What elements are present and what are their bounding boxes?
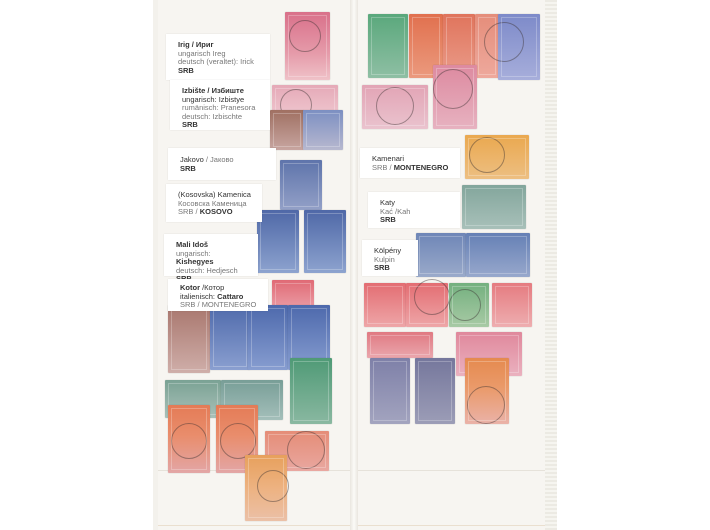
postmark [469, 137, 505, 173]
stamp[interactable] [168, 305, 210, 373]
stamp[interactable] [462, 185, 526, 229]
stamp[interactable] [304, 210, 346, 273]
location-label-kamenica: (Kosovska) Kamenica Косовска Каменица SR… [166, 184, 262, 222]
label-country: SRB [180, 165, 268, 174]
stamp[interactable] [168, 405, 210, 473]
label-country: SRB [380, 216, 452, 225]
stamp[interactable] [270, 110, 304, 150]
postmark [484, 22, 524, 62]
stamp[interactable] [465, 135, 529, 179]
column-divider [350, 0, 358, 530]
stamp[interactable] [416, 233, 466, 277]
stamp[interactable] [290, 358, 332, 424]
label-country: SRB / MONTENEGRO [372, 164, 452, 173]
label-country: SRB / MONTENEGRO [180, 301, 260, 310]
postmark [287, 431, 325, 469]
location-label-katy: Katy Kać /Kah SRB [368, 192, 460, 228]
location-label-mali-idos: Mali Idoš ungarisch: Kishegyes deutsch: … [164, 234, 258, 276]
page-edge-strip [545, 0, 557, 530]
stamp[interactable] [466, 233, 530, 277]
stamp[interactable] [362, 85, 428, 129]
stamp[interactable] [210, 305, 250, 370]
stamp[interactable] [303, 110, 343, 150]
location-label-jakovo: Jakovo / Јаково SRB [168, 148, 276, 180]
stamp[interactable] [449, 283, 489, 327]
label-prefix: (Kosovska) [178, 190, 216, 199]
label-name: MONTENEGRO [202, 300, 257, 309]
postmark [414, 279, 450, 315]
stamp[interactable] [465, 358, 509, 424]
label-country: SRB [374, 264, 410, 273]
stamp[interactable] [406, 283, 448, 327]
postmark [376, 87, 414, 125]
label-name: Kishegyes [176, 257, 214, 266]
label-name: KOSOVO [200, 207, 233, 216]
stamp[interactable] [367, 332, 433, 358]
stamp[interactable] [498, 14, 540, 80]
stamp[interactable] [433, 65, 477, 129]
location-label-kamenari: Kamenari SRB / MONTENEGRO [360, 148, 460, 178]
location-label-kotor: Kotor /Котор italienisch: Cattaro SRB / … [168, 279, 268, 311]
postmark [220, 423, 256, 459]
stamp[interactable] [285, 12, 330, 80]
label-prefix: SRB / [372, 163, 392, 172]
stamp[interactable] [370, 358, 410, 424]
label-country: SRB [182, 121, 262, 130]
label-line: ungarisch: Kishegyes [176, 250, 250, 267]
label-name: MONTENEGRO [394, 163, 449, 172]
stamp[interactable] [415, 358, 455, 424]
location-label-kolpeny: Kölpény Kulpin SRB [362, 240, 418, 276]
postmark [289, 20, 321, 52]
stamp[interactable] [492, 283, 532, 327]
postmark [467, 386, 505, 424]
postmark [171, 423, 207, 459]
stamp[interactable] [245, 455, 287, 521]
postmark [257, 470, 289, 502]
strip-line [158, 525, 350, 526]
stamp[interactable] [280, 160, 322, 210]
label-prefix: SRB / [178, 207, 198, 216]
strip-line [358, 525, 545, 526]
stamp[interactable] [368, 14, 408, 78]
label-country: SRB / KOSOVO [178, 208, 254, 217]
location-label-irig: Irig / Ириг ungarisch Ireg deutsch (vera… [166, 34, 270, 80]
stamp[interactable] [364, 283, 406, 327]
strip-line [358, 470, 545, 471]
label-country: SRB [178, 67, 262, 76]
label-cyrillic: / Јаково [206, 155, 234, 164]
label-name: Jakovo [180, 155, 204, 164]
postmark [433, 69, 473, 109]
stamp[interactable] [257, 210, 299, 273]
location-label-izbiste: Izbište / Избиште ungarisch: Izbistye ru… [170, 80, 270, 130]
stamp[interactable] [248, 305, 288, 370]
postmark [449, 289, 481, 321]
label-prefix: SRB / [180, 300, 200, 309]
label-name: Kamenica [218, 190, 251, 199]
